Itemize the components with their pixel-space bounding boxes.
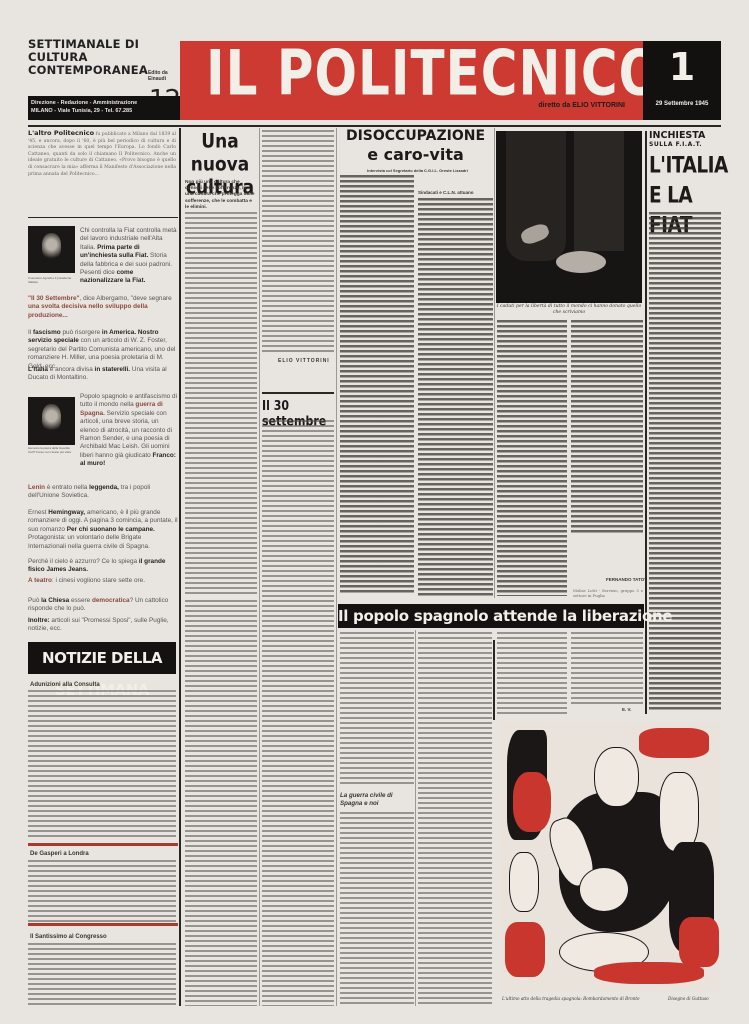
promo-text: , dice Albergamo, "deve segnare (80, 295, 172, 302)
photo-detail (556, 251, 606, 273)
promo-text: Lenin (28, 484, 45, 491)
promo-text: Inoltre: (28, 617, 50, 624)
art-figure (594, 747, 639, 807)
promo-text: in staterelli. (95, 366, 131, 373)
fiat-kicker: INCHIESTA (649, 131, 721, 141)
news-text-de-gasperi (28, 860, 176, 922)
issue-date: 29 Settembre 1945 (643, 101, 721, 107)
artwork-caption: L'ultimo atto della tragedia spagnola: B… (502, 996, 640, 1001)
fiat-text-col1 (497, 320, 567, 596)
spagna-text-col1b (340, 812, 414, 1006)
artwork-credit: Disegno di Guttuso (668, 996, 709, 1001)
column-rule-5 (415, 630, 416, 1006)
promo-text: articoli sui "Promessi Sposi", sulle Pug… (28, 617, 169, 632)
publisher: Edito da Einaudi (148, 70, 180, 82)
director-line: diretto da ELIO VITTORINI (538, 102, 625, 109)
editorial-text-col1 (185, 212, 257, 597)
intro-lead: L'altro Politecnico (28, 130, 94, 137)
promo-fascismo-america[interactable]: Il fascismo può risorgere in America. No… (28, 329, 178, 371)
promo-hemingway[interactable]: Ernest Hemingway, americano, è il più gr… (28, 509, 178, 551)
header-rule (28, 125, 721, 127)
issue-block: 1 29 Settembre 1945 (643, 41, 721, 120)
spagna-banner: Il popolo spagnolo attende la liberazion… (338, 604, 644, 628)
guttuso-drawing (499, 722, 721, 992)
photo-figure (574, 131, 624, 251)
column-rule-1 (179, 128, 181, 1006)
fiat-text-main (649, 212, 721, 712)
promo-italia-staterelli[interactable]: L'Italia è ancora divisa in staterelli. … (28, 366, 178, 383)
promo-spagna[interactable]: Popolo spagnolo e antifascismo di tutto … (80, 393, 177, 469)
promo-text: Per chi suonano le campane. (67, 526, 155, 533)
promo-text: Ernest (28, 509, 48, 516)
art-shape (513, 772, 551, 832)
disoccupazione-headline-1: DISOCCUPAZIONE (338, 128, 493, 145)
editorial-byline: ELIO VITTORINI (278, 358, 330, 364)
promo-text: Hemingway, (48, 509, 85, 516)
promo-text: la Chiesa (41, 597, 69, 604)
photo-agnelli (28, 226, 75, 273)
promo-james-jeans[interactable]: Perchè il cielo è azzurro? Ce lo spiega … (28, 558, 178, 575)
news-text-consulta (28, 690, 176, 840)
photo-caption-guardia: Hai ancora paura della Guardia Civil? Fo… (28, 446, 76, 454)
promo-text: "Il 30 Settembre" (28, 295, 80, 302)
signature-note: Molise Lotti - Servizio, gruppo 3 e sett… (573, 588, 643, 598)
column-rule-2 (259, 128, 260, 1006)
art-figure (579, 867, 629, 912)
disoccupazione-deck: Intervista col Segretario della C.G.I.L.… (340, 167, 495, 174)
column-rule-fiat (645, 131, 647, 714)
intro-text: fu pubblicato a Milano dal 1839 al '45, … (28, 132, 176, 177)
disoccupazione-signature: FERNANDO TATO' (606, 577, 645, 582)
promo-30-settembre[interactable]: "Il 30 Settembre", dice Albergamo, "deve… (28, 295, 178, 320)
promo-text: può risorgere (61, 329, 102, 336)
news-text-santissimo (28, 943, 176, 1005)
spagna-signature: E. V. (622, 707, 631, 712)
news-heading-consulta: Adunizioni alla Consulta (30, 682, 100, 688)
promo-text: L'Italia (28, 366, 48, 373)
issue-number: 1 (643, 47, 721, 87)
news-heading-de-gasperi: De Gasperi a Londra (30, 851, 89, 857)
art-figure (659, 772, 699, 852)
promo-fiat[interactable]: Chi controlla la Fiat controlla metà del… (80, 227, 177, 286)
promo-text: : i cinesi vogliono stare sette ore. (52, 577, 145, 584)
editorial-deck: Non più una cultura che consoli nelle so… (185, 180, 257, 211)
masthead-subtitle-2: CONTEMPORANEA (28, 64, 148, 77)
spagna-text-col2 (418, 632, 492, 1006)
promo-lenin[interactable]: Lenin è entrato nella leggenda, tra i po… (28, 484, 178, 501)
second-article-text (262, 420, 334, 1006)
spagna-text-col1 (340, 632, 414, 784)
promo-text: è entrato nella (45, 484, 89, 491)
promo-text: democratica (92, 597, 130, 604)
spagna-subhead: La guerra civile di Spagna e noi (340, 792, 414, 808)
news-divider-2 (28, 923, 178, 926)
promo-text: essere (69, 597, 92, 604)
photo-guardia-civil (28, 397, 75, 445)
promo-text: Protagonista: un volontario delle Brigat… (28, 534, 150, 549)
photo-caption: I caduti per la libertà di tutto il mond… (496, 304, 642, 316)
intro-paragraph: L'altro Politecnico fu pubblicato a Mila… (28, 130, 176, 212)
masthead-subtitle-1: SETTIMANALE DI CULTURA (28, 38, 180, 64)
promo-text: fascismo (33, 329, 61, 336)
promo-text: una svolta decisiva nello sviluppo della… (28, 303, 148, 318)
art-shape (639, 728, 709, 758)
newspaper-title: IL POLITECNICO (206, 37, 662, 110)
news-banner: NOTIZIE DELLA SETTIMANA (28, 642, 176, 674)
news-divider-1 (28, 843, 178, 846)
editorial-text-col1b (185, 600, 257, 1006)
intro-rule (28, 217, 178, 218)
disoccupazione-text-col2 (418, 198, 493, 596)
column-rule-3 (336, 128, 337, 1006)
column-rule-spagna (493, 640, 495, 720)
disoccupazione-subhead: Sindacati e C.L.N. attuano (418, 190, 474, 195)
promo-text: Perchè il cielo è azzurro? Ce lo spiega (28, 558, 139, 565)
address-line-2: MILANO - Viale Tunisia, 29 - Tel. 67.285 (31, 107, 177, 115)
promo-text: leggenda, (89, 484, 119, 491)
disoccupazione-headline-2: e caro-vita (338, 145, 493, 165)
art-shape (594, 962, 704, 984)
art-shape (679, 917, 719, 967)
spagna-text-col3 (497, 632, 567, 714)
photo-caption-agnelli: Il senatore Agnelli e il presidente Vall… (28, 276, 76, 284)
disoccupazione-text-col1 (340, 175, 414, 595)
promo-text: A teatro (28, 577, 52, 584)
promo-text: Può (28, 597, 41, 604)
promo-inoltre[interactable]: Inoltre: articoli sui "Promessi Sposi", … (28, 617, 178, 634)
masthead-address: Direzione - Redazione - Amministrazione … (28, 96, 180, 120)
promo-text: è ancora divisa (48, 366, 95, 373)
art-shape (505, 922, 545, 977)
photo-caduti (496, 131, 642, 303)
spagna-text-col4 (571, 632, 643, 704)
column-rule-4 (494, 128, 495, 598)
newspaper-page: SETTIMANALE DI CULTURA CONTEMPORANEA Edi… (0, 0, 749, 1024)
fiat-text-col2 (571, 320, 643, 535)
editorial-text-col2 (262, 130, 334, 355)
editorial-end-rule (262, 392, 334, 394)
promo-teatro[interactable]: A teatro: i cinesi vogliono stare sette … (28, 577, 178, 585)
news-heading-santissimo: Il Santissimo al Congresso (30, 934, 107, 940)
masthead-title-block: IL POLITECNICO diretto da ELIO VITTORINI (180, 41, 643, 120)
promo-chiesa[interactable]: Può la Chiesa essere democratica? Un cat… (28, 597, 178, 614)
fiat-kicker-2: SULLA F.I.A.T. (649, 141, 721, 148)
address-line-1: Direzione - Redazione - Amministrazione (31, 99, 177, 107)
art-figure (509, 852, 539, 912)
